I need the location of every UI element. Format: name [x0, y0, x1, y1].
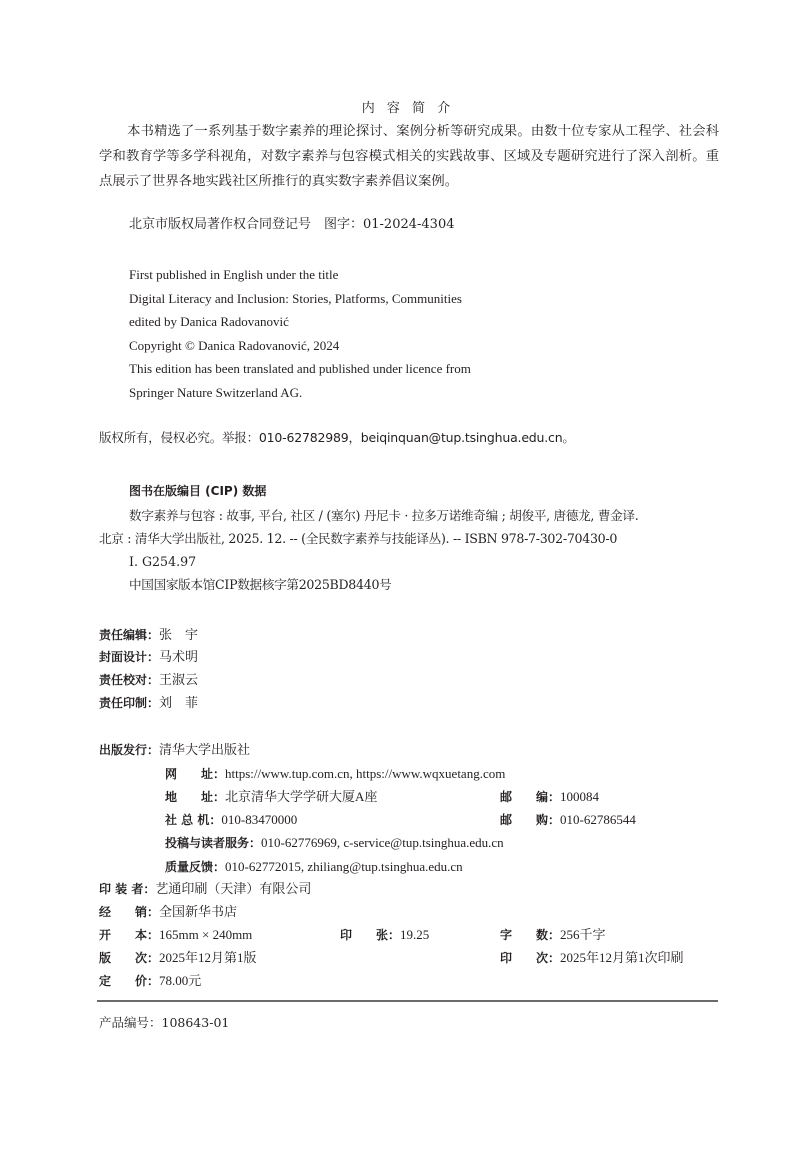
- mail-order-value: 010-62786544: [560, 812, 636, 827]
- format-value: 165mm × 240mm: [159, 927, 252, 942]
- edition-row: 版 次：2025年12月第1版 印 次：2025年12月第1次印刷: [99, 948, 719, 966]
- price-value: 78.00元: [159, 973, 201, 988]
- cip-line-1: 数字素养与包容 : 故事, 平台, 社区 / (塞尔) 丹尼卡 · 拉多万诺维奇…: [129, 508, 638, 524]
- credit-label: 责任编辑：: [99, 628, 159, 642]
- original-edition-line: First published in English under the tit…: [129, 263, 471, 287]
- publisher-label: 出版发行：: [99, 743, 159, 757]
- quality-value: 010-62772015, zhiliang@tup.tsinghua.edu.…: [225, 859, 463, 874]
- format-row: 开 本：165mm × 240mm 印 张：19.25 字 数：256千字: [99, 925, 719, 943]
- credit-row: 责任印制：刘 菲: [99, 693, 198, 711]
- switchboard-label: 社 总 机：: [165, 813, 221, 827]
- summary-text: 本书精选了一系列基于数字素养的理论探讨、案例分析等研究成果。由数十位专家从工程学…: [99, 124, 719, 189]
- credit-value: 王淑云: [159, 672, 198, 687]
- format-label: 开 本：: [99, 928, 159, 942]
- sheets-value: 19.25: [400, 927, 429, 942]
- reader-service-value: 010-62776969, c-service@tup.tsinghua.edu…: [261, 835, 504, 850]
- address-label: 地 址：: [165, 790, 225, 804]
- original-edition-line: Copyright © Danica Radovanović, 2024: [129, 334, 471, 358]
- price-label: 定 价：: [99, 974, 159, 988]
- rights-notice: 版权所有，侵权必究。举报：010-62782989，beiqinquan@tup…: [99, 430, 575, 446]
- website-label: 网 址：: [165, 767, 225, 781]
- summary-title: 内 容 简 介: [0, 97, 799, 116]
- edition-label: 版 次：: [99, 951, 159, 965]
- cip-line-4: 中国国家版本馆CIP数据核字第2025BD8440号: [129, 577, 391, 593]
- postcode-value: 100084: [560, 789, 599, 804]
- edition-value: 2025年12月第1版: [159, 950, 257, 965]
- publisher-row: 出版发行：清华大学出版社: [99, 740, 250, 758]
- credit-value: 刘 菲: [159, 695, 198, 710]
- price-row: 定 价：78.00元: [99, 971, 201, 989]
- postcode-label: 邮 编：: [500, 790, 560, 804]
- credit-row: 责任校对：王淑云: [99, 670, 198, 688]
- distributor-value: 全国新华书店: [159, 904, 237, 919]
- words-value: 256千字: [560, 927, 606, 942]
- printer-row: 印 装 者：艺通印刷（天津）有限公司: [99, 879, 311, 897]
- credit-label: 责任印制：: [99, 696, 159, 710]
- original-edition-line: edited by Danica Radovanović: [129, 310, 471, 334]
- quality-row: 质量反馈：010-62772015, zhiliang@tup.tsinghua…: [165, 857, 463, 875]
- website-row: 网 址：https://www.tup.com.cn, https://www.…: [165, 764, 505, 782]
- credit-label: 封面设计：: [99, 650, 159, 664]
- original-edition-line: Digital Literacy and Inclusion: Stories,…: [129, 287, 471, 311]
- words-label: 字 数：: [500, 928, 560, 942]
- credit-value: 马术明: [159, 649, 198, 664]
- summary-paragraph: 本书精选了一系列基于数字素养的理论探讨、案例分析等研究成果。由数十位专家从工程学…: [99, 119, 719, 194]
- credit-row: 封面设计：马术明: [99, 647, 198, 665]
- quality-label: 质量反馈：: [165, 860, 225, 874]
- cip-line-3: Ⅰ. G254.97: [129, 554, 196, 570]
- credit-row: 责任编辑：张 宇: [99, 625, 198, 643]
- product-code: 产品编号：108643-01: [99, 1015, 229, 1031]
- cip-heading: 图书在版编目 (CIP) 数据: [129, 483, 266, 499]
- printing-value: 2025年12月第1次印刷: [560, 950, 684, 965]
- sheets-label: 印 张：: [340, 928, 400, 942]
- original-edition-line: This edition has been translated and pub…: [129, 357, 471, 381]
- printer-value: 艺通印刷（天津）有限公司: [155, 881, 311, 896]
- reader-service-label: 投稿与读者服务：: [165, 836, 261, 850]
- copyright-registration: 北京市版权局著作权合同登记号 图字：01-2024-4304: [129, 217, 455, 233]
- switchboard-row: 社 总 机：010-83470000 邮 购：010-62786544: [165, 810, 725, 828]
- publisher-value: 清华大学出版社: [159, 742, 250, 757]
- distributor-row: 经 销：全国新华书店: [99, 902, 237, 920]
- cip-line-2: 北京 : 清华大学出版社, 2025. 12. -- (全民数字素养与技能译丛)…: [99, 531, 617, 547]
- printer-label: 印 装 者：: [99, 882, 155, 896]
- switchboard-value: 010-83470000: [221, 812, 297, 827]
- address-value: 北京清华大学学研大厦A座: [225, 789, 377, 804]
- distributor-label: 经 销：: [99, 905, 159, 919]
- mail-order-label: 邮 购：: [500, 813, 560, 827]
- credit-value: 张 宇: [159, 627, 198, 642]
- website-value: https://www.tup.com.cn, https://www.wqxu…: [225, 766, 505, 781]
- printing-label: 印 次：: [500, 951, 560, 965]
- credit-label: 责任校对：: [99, 673, 159, 687]
- address-row: 地 址：北京清华大学学研大厦A座 邮 编：100084: [165, 787, 725, 805]
- reader-service-row: 投稿与读者服务：010-62776969, c-service@tup.tsin…: [165, 833, 504, 851]
- divider-line: [97, 1000, 718, 1002]
- original-edition-line: Springer Nature Switzerland AG.: [129, 381, 471, 405]
- original-edition-block: First published in English under the tit…: [129, 263, 471, 404]
